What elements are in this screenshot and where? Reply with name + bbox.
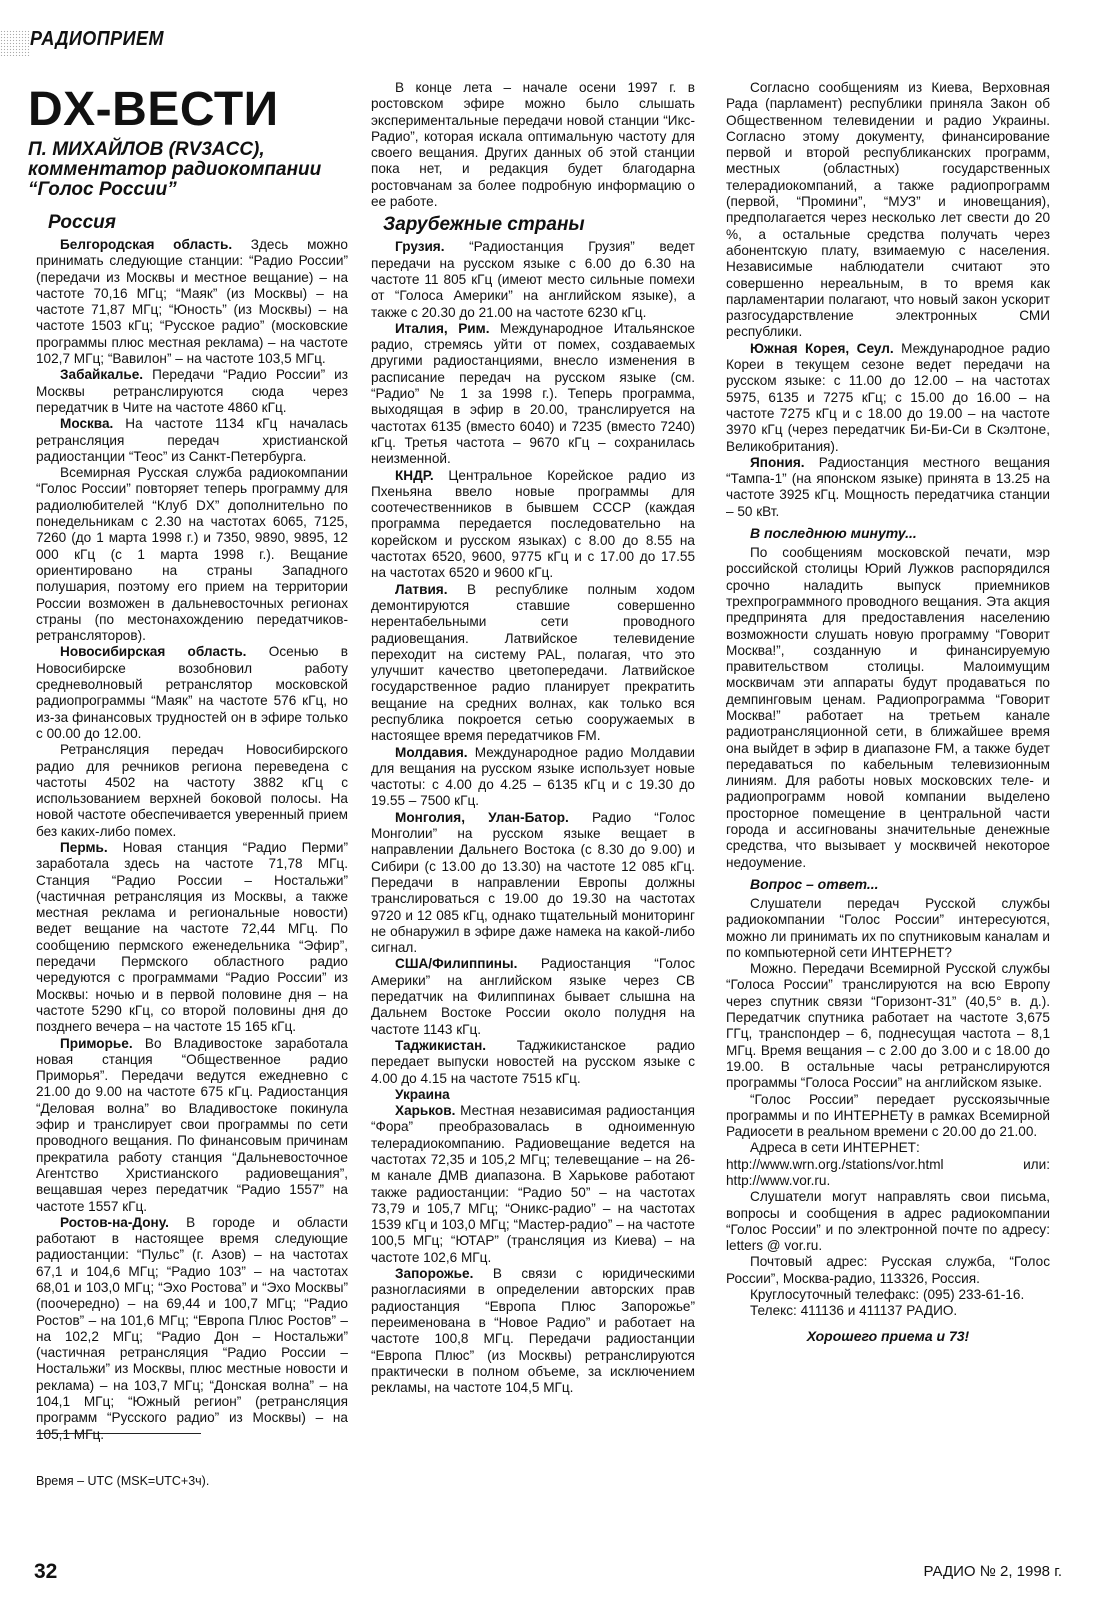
lead-zaporozhye: Запорожье. [395, 1266, 473, 1281]
page-number: 32 [34, 1560, 57, 1584]
paragraph-fax: Круглосуточный телефакс: (095) 233-61-16… [726, 1287, 1050, 1303]
byline-org: “Голос России” [28, 180, 358, 200]
paragraph-zabaikalye: Забайкалье. Передачи “Радио России” из М… [36, 367, 348, 416]
link-wrn[interactable]: http://www.wrn.org./stations/vor.html [726, 1157, 944, 1173]
lead-italy: Италия, Рим. [395, 321, 489, 336]
paragraph-kiev: Согласно сообщениям из Киева, Верховная … [726, 80, 1050, 341]
paragraph-dprk: КНДР. Центральное Корейское радио из Пхе… [371, 468, 695, 582]
paragraph-postal: Почтовый адрес: Русская служба, “Голос Р… [726, 1254, 1050, 1287]
paragraph-last-minute: По сообщениям московской печати, мэр рос… [726, 545, 1050, 871]
lead-novosibirsk: Новосибирская область. [60, 644, 246, 659]
section-heading-last-minute: В последнюю минуту... [750, 525, 1050, 542]
lead-moldova: Молдавия. [395, 745, 468, 760]
text-primorye: Во Владивостоке заработала новая станция… [36, 1036, 348, 1214]
lead-tajikistan: Таджикистан. [395, 1038, 486, 1053]
lead-moscow: Москва. [60, 416, 113, 431]
paragraph-world-service: Всемирная Русская служба радиокомпании “… [36, 465, 348, 644]
lead-rostov: Ростов-на-Дону. [60, 1215, 169, 1230]
url-line-2: http://www.vor.ru. [726, 1173, 1050, 1189]
closing-line: Хорошего приема и 73! [726, 1328, 1050, 1344]
paragraph-rostov-2: В конце лета – начале осени 1997 г. в ро… [371, 80, 695, 210]
issue-label: РАДИО № 2, 1998 г. [923, 1563, 1062, 1580]
article-title: DX-ВЕСТИ [28, 82, 279, 137]
byline-author: П. МИХАЙЛОВ (RV3ACC), [28, 140, 358, 160]
paragraph-mongolia: Монголия, Улан-Батор. Радио “Голос Монго… [371, 810, 695, 957]
text-zaporozhye: В связи с юридическими разногласиями в о… [371, 1266, 695, 1395]
paragraph-kharkov: Харьков. Местная независимая радиостанци… [371, 1103, 695, 1266]
lead-zabaikalye: Забайкалье. [60, 367, 143, 382]
byline-role: комментатор радиокомпании [28, 160, 358, 180]
paragraph-telex: Телекс: 411136 и 411137 РАДИО. [726, 1303, 1050, 1319]
section-heading-qa: Вопрос – ответ... [750, 876, 1050, 893]
paragraph-primorye: Приморье. Во Владивостоке заработала нов… [36, 1036, 348, 1215]
paragraph-qa-answer-2: “Голос России” передает русскоязычные пр… [726, 1092, 1050, 1141]
paragraph-perm: Пермь. Новая станция “Радио Перми” зараб… [36, 840, 348, 1036]
text-latvia: В республике полным ходом демонтируются … [371, 582, 695, 744]
text-south-korea: Международное радио Кореи в текущем сезо… [726, 341, 1050, 454]
paragraph-qa-question: Слушатели передач Русской службы радиоко… [726, 896, 1050, 961]
section-heading-foreign: Зарубежные страны [383, 214, 695, 236]
text-rostov: В городе и области работают в настоящее … [36, 1215, 348, 1442]
lead-georgia: Грузия. [395, 239, 445, 254]
paragraph-belgorod: Белгородская область. Здесь можно приним… [36, 237, 348, 367]
paragraph-japan: Япония. Радиостанция местного вещания “Т… [726, 455, 1050, 520]
paragraph-tajikistan: Таджикистан. Таджикистанское радио перед… [371, 1038, 695, 1087]
text-mongolia: Радио “Голос Монголии” на русском языке … [371, 810, 695, 955]
paragraph-italy: Италия, Рим. Международное Итальянское р… [371, 321, 695, 468]
lead-belgorod: Белгородская область. [60, 237, 232, 252]
subsection-ukraine: Украина [395, 1087, 695, 1103]
paragraph-georgia: Грузия. “Радиостанция Грузия” ведет пере… [371, 239, 695, 320]
paragraph-qa-answer-1: Можно. Передачи Всемирной Русской службы… [726, 961, 1050, 1091]
paragraph-moldova: Молдавия. Международное радио Молдавии д… [371, 745, 695, 810]
paragraph-novosibirsk-2: Ретрансляция передач Новосибирского ради… [36, 742, 348, 840]
lead-dprk: КНДР. [395, 468, 434, 483]
text-italy: Международное Итальянское радио, стремяс… [371, 321, 695, 466]
footnote-divider [36, 1433, 201, 1434]
link-vor[interactable]: http://www.vor.ru. [726, 1173, 830, 1188]
rubric-halftone [0, 30, 30, 56]
lead-mongolia: Монголия, Улан-Батор. [395, 810, 569, 825]
or-label: или: [1023, 1157, 1050, 1173]
paragraph-south-korea: Южная Корея, Сеул. Международное радио К… [726, 341, 1050, 455]
text-dprk: Центральное Корейское радио из Пхеньяна … [371, 468, 695, 581]
text-kharkov: Местная независимая радиостанция “Фора” … [371, 1103, 695, 1265]
byline: П. МИХАЙЛОВ (RV3ACC), комментатор радиок… [28, 140, 358, 200]
paragraph-moscow: Москва. На частоте 1134 кГц началась рет… [36, 416, 348, 465]
lead-kharkov: Харьков. [395, 1103, 455, 1118]
column-3: Согласно сообщениям из Киева, Верховная … [726, 80, 1050, 1344]
footnote: Время – UTC (MSK=UTC+3ч). [36, 1474, 209, 1488]
paragraph-letters: Слушатели могут направлять свои письма, … [726, 1189, 1050, 1254]
paragraph-latvia: Латвия. В республике полным ходом демонт… [371, 582, 695, 745]
paragraph-zaporozhye: Запорожье. В связи с юридическими разног… [371, 1266, 695, 1396]
lead-latvia: Латвия. [395, 582, 448, 597]
section-heading-russia: Россия [48, 212, 348, 234]
rubric-label: РАДИОПРИЕМ [30, 28, 164, 51]
paragraph-internet-label: Адреса в сети ИНТЕРНЕТ: [726, 1140, 1050, 1156]
column-1: Россия Белгородская область. Здесь можно… [36, 208, 348, 1443]
rubric: РАДИОПРИЕМ [0, 28, 260, 58]
column-2: В конце лета – начале осени 1997 г. в ро… [371, 80, 695, 1396]
lead-perm: Пермь. [60, 840, 108, 855]
lead-south-korea: Южная Корея, Сеул. [750, 341, 894, 356]
paragraph-usa-philippines: США/Филиппины. Радиостанция “Голос Амери… [371, 956, 695, 1037]
text-perm: Новая станция “Радио Перми” заработала з… [36, 840, 348, 1034]
lead-primorye: Приморье. [60, 1036, 133, 1051]
paragraph-rostov: Ростов-на-Дону. В городе и области работ… [36, 1215, 348, 1443]
paragraph-novosibirsk: Новосибирская область. Осенью в Новосиби… [36, 644, 348, 742]
lead-usa-philippines: США/Филиппины. [395, 956, 517, 971]
lead-japan: Япония. [750, 455, 805, 470]
text-belgorod: Здесь можно принимать следующие станции:… [36, 237, 348, 366]
url-line-1: http://www.wrn.org./stations/vor.htmlили… [726, 1157, 1050, 1173]
